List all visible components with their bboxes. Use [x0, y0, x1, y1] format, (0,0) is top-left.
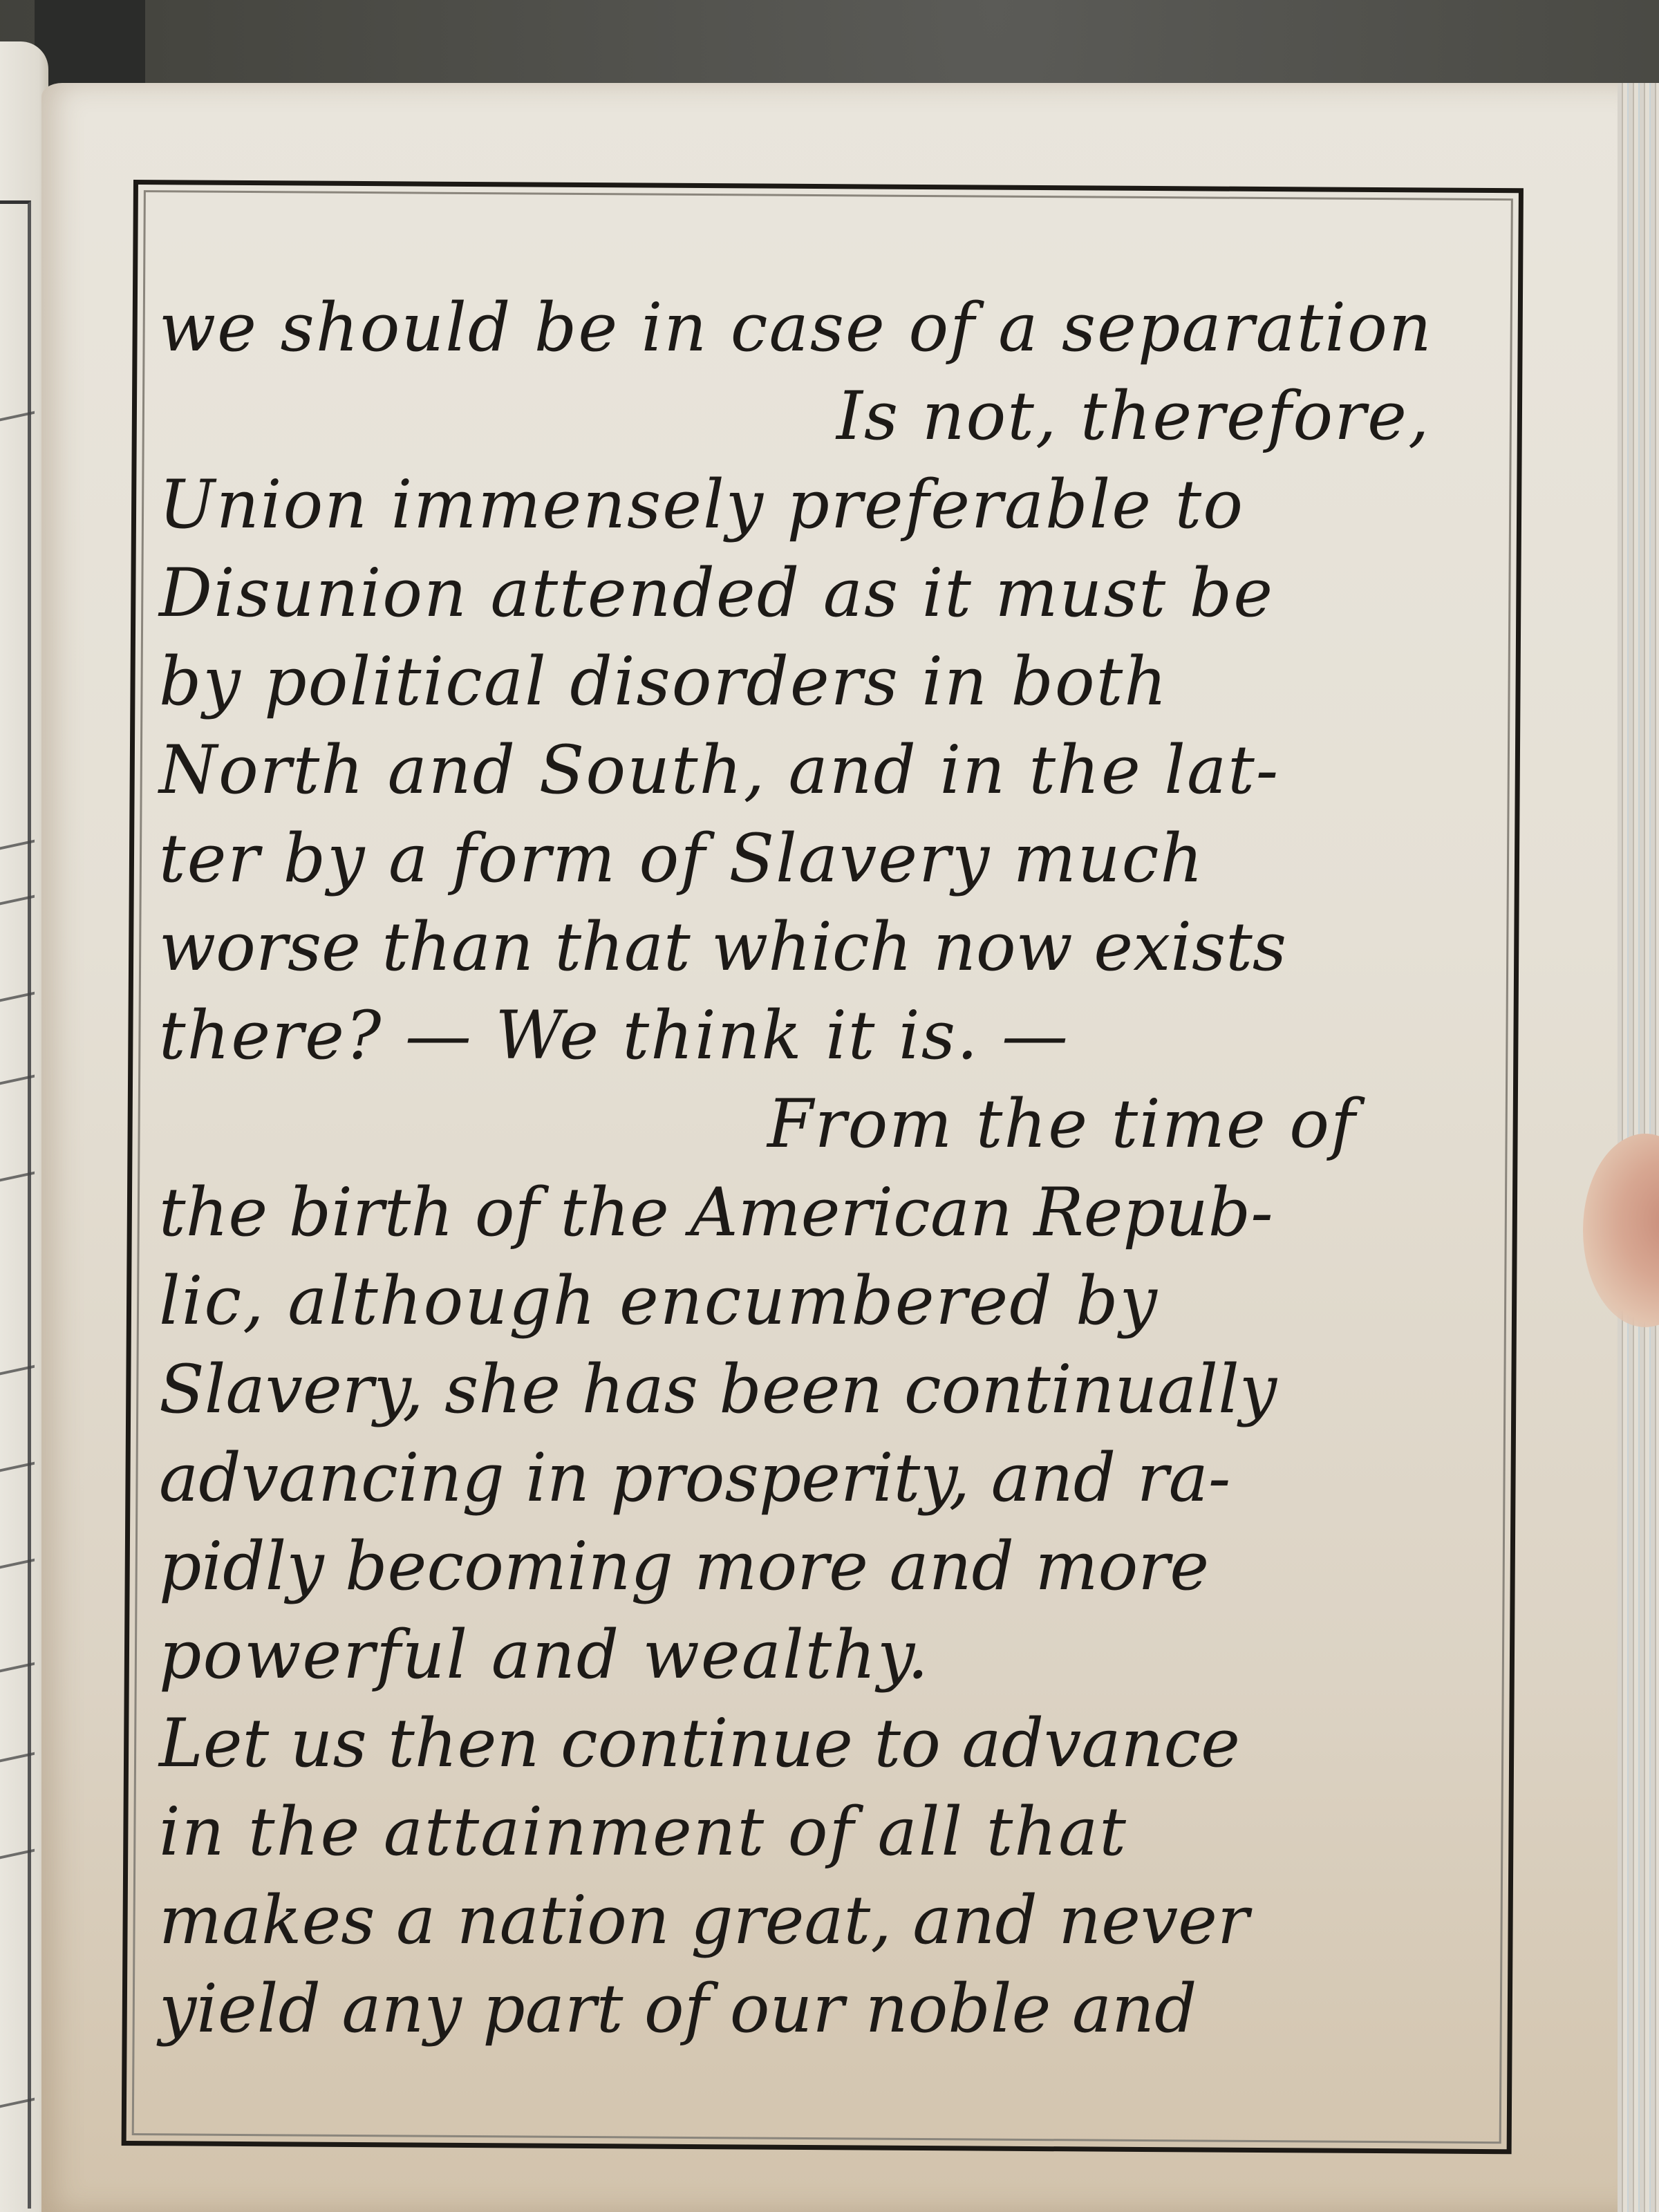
text-line: pidly becoming more and more	[159, 1522, 1507, 1611]
text-line: advancing in prosperity, and ra-	[159, 1434, 1507, 1522]
text-line: in the attainment of all that	[159, 1788, 1507, 1876]
previous-page-frame	[0, 200, 31, 2209]
handwritten-text-block: we should be in case of a separation Is …	[159, 283, 1507, 2053]
text-line: North and South, and in the lat-	[159, 726, 1507, 814]
text-line: yield any part of our noble and	[159, 1965, 1507, 2053]
text-line: worse than that which now exists	[159, 903, 1507, 991]
text-line: ter by a form of Slavery much	[159, 814, 1507, 903]
text-line: the birth of the American Repub-	[159, 1168, 1507, 1257]
text-line: by political disorders in both	[159, 637, 1507, 726]
text-line: Slavery, she has been continually	[159, 1345, 1507, 1434]
text-line: Is not, therefore,	[159, 372, 1507, 460]
text-line: there? — We think it is. —	[159, 991, 1507, 1080]
text-line: Disunion attended as it must be	[159, 549, 1507, 637]
text-line: Union immensely preferable to	[159, 460, 1507, 549]
text-line: powerful and wealthy.	[159, 1611, 1507, 1699]
text-line: lic, although encumbered by	[159, 1257, 1507, 1345]
text-line: we should be in case of a separation	[159, 283, 1507, 372]
text-line: Let us then continue to advance	[159, 1699, 1507, 1788]
text-line: From the time of	[159, 1080, 1507, 1168]
text-line: makes a nation great, and never	[159, 1876, 1507, 1965]
